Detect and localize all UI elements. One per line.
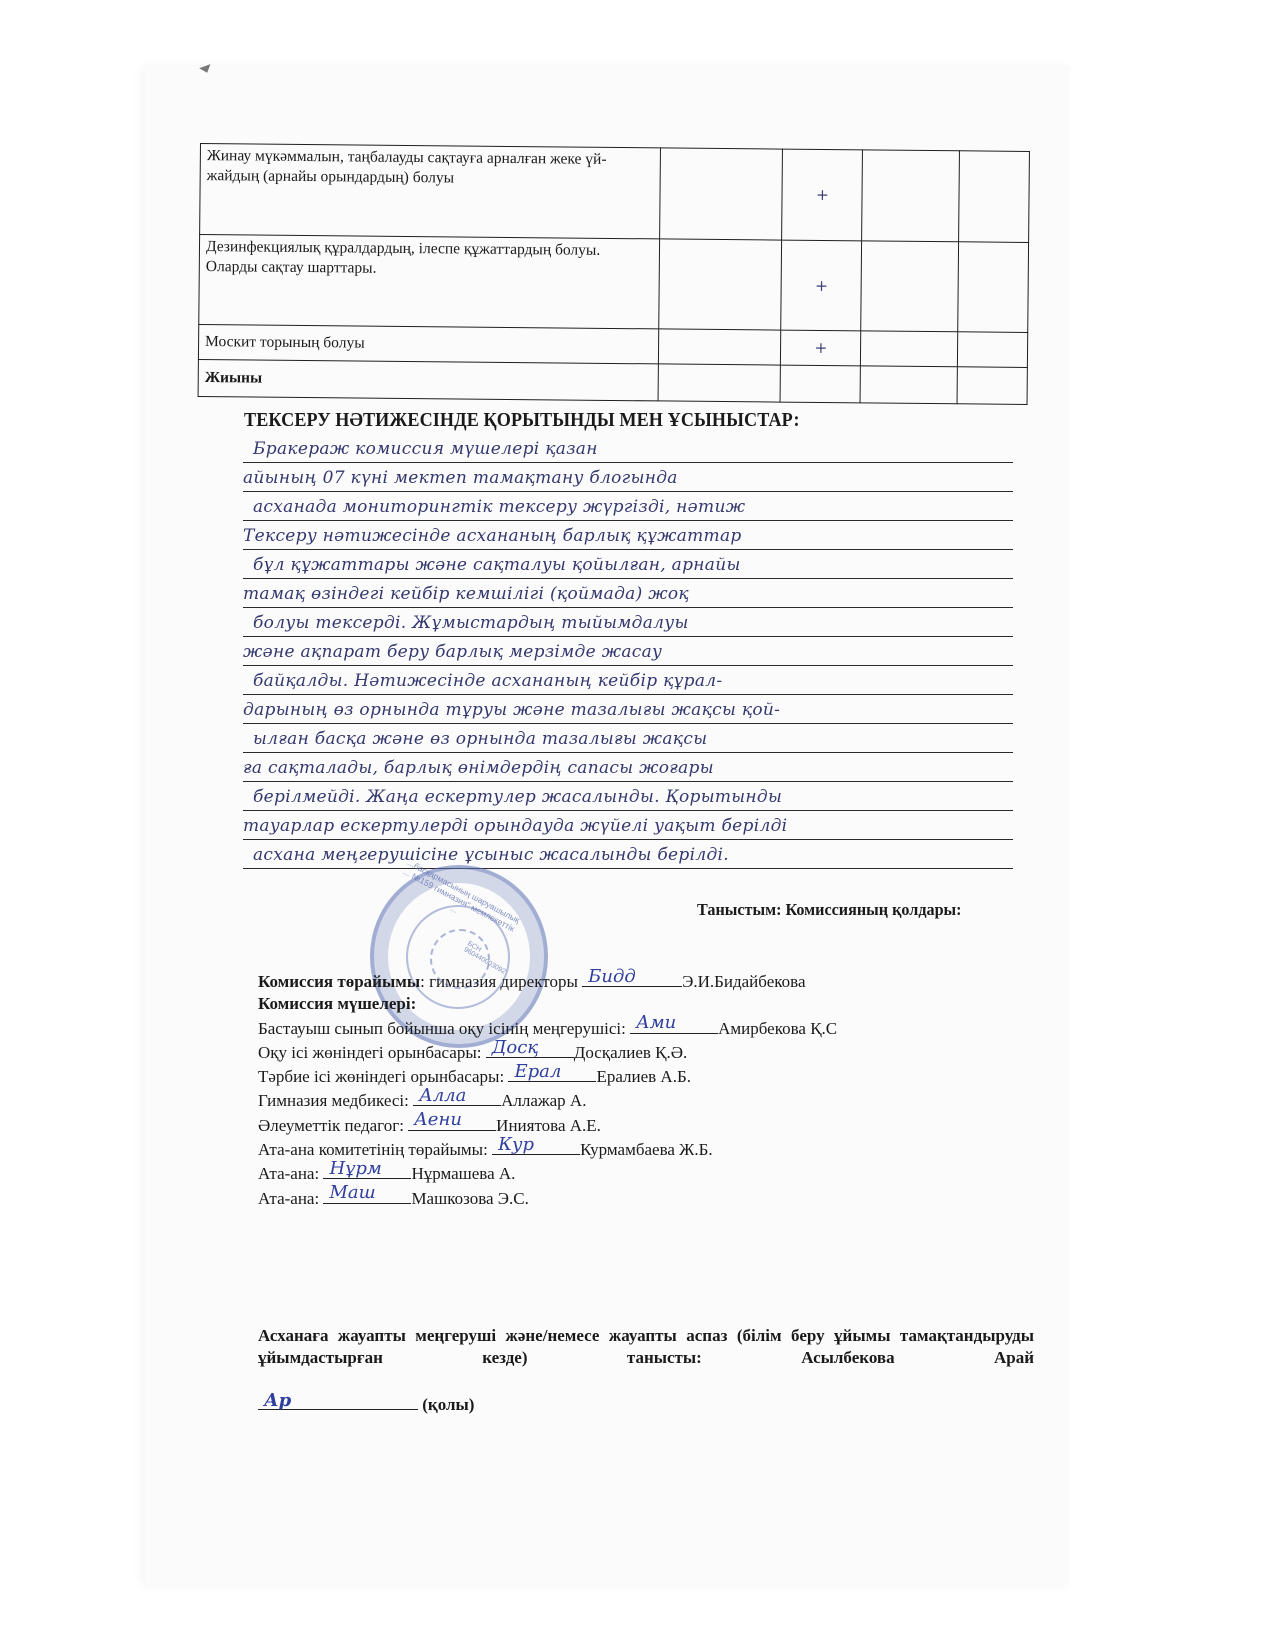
acquainted-label: Таныстым: Комиссияның қолдары: [697, 900, 962, 920]
member-role: Ата-ана: [258, 1164, 319, 1183]
signature: Бидд [588, 966, 636, 988]
handwritten-line: Бракераж комиссия мүшелері қазан [243, 434, 1013, 463]
signature: Досқ [492, 1037, 538, 1059]
member-row: Әлеуметтік педагог: АениИниятова А.Е. [258, 1113, 837, 1137]
signature: Маш [329, 1182, 375, 1204]
signature: Нұрм [329, 1158, 381, 1180]
member-row: Гимназия медбикесі: АллаАллажар А. [258, 1088, 837, 1112]
commission-signatures: Комиссия төрайымы: гимназия директоры Би… [258, 969, 837, 1210]
mark-cell [861, 366, 958, 404]
member-name: Иниятова А.Е. [496, 1116, 601, 1135]
responsible-person-statement: Асханаға жауапты меңгеруші және/немесе ж… [258, 1325, 1034, 1369]
conclusions-title: ТЕКСЕРУ НӘТИЖЕСІНДЕ ҚОРЫТЫНДЫ МЕН ҰСЫНЫС… [244, 410, 800, 432]
criterion-cell: Дезинфекциялық құралдардың, ілеспе құжат… [199, 235, 660, 329]
responsible-signature-row: Ар (қолы) [258, 1392, 474, 1415]
member-name: Нұрмашева А. [411, 1164, 515, 1183]
handwritten-line: ға сақталады, барлық өнімдердің сапасы ж… [243, 753, 1013, 782]
member-row: Тәрбие ісі жөніндегі орынбасары: ЕралЕра… [258, 1064, 837, 1088]
handwritten-line: ылған басқа және өз орнында тазалығы жақ… [243, 724, 1013, 753]
handwritten-line: болуы тексерді. Жұмыстардың тыйымдалуы [243, 608, 1013, 637]
mark-cell: + [781, 330, 861, 366]
signature-line: Маш [323, 1186, 411, 1204]
handwritten-line: берілмейді. Жаңа ескертулер жасалынды. Қ… [243, 782, 1013, 811]
member-name: Досқалиев Қ.Ә. [574, 1043, 688, 1062]
signature: Ар [264, 1390, 291, 1411]
signature: Кур [498, 1134, 534, 1156]
signature-label: (қолы) [422, 1395, 474, 1414]
member-role: Тәрбие ісі жөніндегі орынбасары: [258, 1067, 504, 1086]
signature-line: Ар [258, 1392, 418, 1410]
table-row-total: Жиыны [198, 359, 1027, 404]
chair-role: Комиссия төрайымы [258, 972, 420, 991]
mark-cell [958, 242, 1029, 333]
member-role: Бастауыш сынып бойынша оқу ісінің меңгер… [258, 1019, 626, 1038]
member-role: Оқу ісі жөніндегі орынбасары: [258, 1043, 482, 1062]
member-row: Бастауыш сынып бойынша оқу ісінің меңгер… [258, 1016, 837, 1040]
signature: Аени [414, 1109, 462, 1131]
mark-cell [658, 364, 781, 402]
mark-cell: + [781, 240, 862, 331]
handwritten-line: асхана меңгерушісіне ұсыныс жасалынды бе… [243, 840, 1013, 869]
mark-cell [959, 151, 1030, 243]
member-role: Ата-ана комитетінің төрайымы: [258, 1140, 488, 1159]
signature-line: Ерал [508, 1064, 596, 1082]
signature-line: Кур [492, 1137, 580, 1155]
member-name: Курмамбаева Ж.Б. [580, 1140, 713, 1159]
handwritten-line: асханада мониторингтік тексеру жүргізді,… [243, 492, 1013, 521]
mark-cell [660, 148, 783, 240]
criterion-cell: Москит торының болуы [198, 324, 659, 363]
mark-cell [862, 150, 959, 242]
handwritten-line: бұл құжаттары және сақталуы қойылған, ар… [243, 550, 1013, 579]
signature-line: Нұрм [323, 1161, 411, 1179]
members-heading: Комиссия мүшелері: [258, 993, 837, 1015]
member-name: Ералиев А.Б. [596, 1067, 691, 1086]
signature-line: Алла [413, 1088, 501, 1106]
checklist-table: Жинау мүкәммалын, таңбалауды сақтауға ар… [198, 143, 1030, 405]
mark-cell [957, 367, 1027, 405]
signature-line: Бидд [582, 969, 682, 987]
member-row: Ата-ана: МашМашкозова Э.С. [258, 1186, 837, 1210]
signature-line: Аени [408, 1113, 496, 1131]
handwritten-conclusions: Бракераж комиссия мүшелері қазан айының … [243, 434, 1013, 869]
signature: Ами [636, 1012, 676, 1034]
handwritten-line: Тексеру нәтижесінде асхананың барлық құж… [243, 521, 1013, 550]
signature: Ерал [514, 1061, 561, 1083]
handwritten-line: дарының өз орнында тұруы және тазалығы ж… [243, 695, 1013, 724]
handwritten-line: айының 07 күні мектеп тамақтану блогында [243, 463, 1013, 492]
chair-row: Комиссия төрайымы: гимназия директоры Би… [258, 969, 837, 993]
member-name: Машкозова Э.С. [411, 1189, 528, 1208]
mark-cell [957, 332, 1027, 368]
member-role: Ата-ана: [258, 1189, 319, 1208]
handwritten-line: тамақ өзіндегі кейбір кемшілігі (қоймада… [243, 579, 1013, 608]
member-role: Гимназия медбикесі: [258, 1091, 409, 1110]
signature: Алла [419, 1085, 466, 1107]
signature-line: Досқ [486, 1040, 574, 1058]
table-row: Дезинфекциялық құралдардың, ілеспе құжат… [199, 235, 1029, 333]
table-row: Жинау мүкәммалын, таңбалауды сақтауға ар… [200, 144, 1030, 243]
mark-cell [659, 329, 781, 365]
member-name: Аллажар А. [501, 1091, 586, 1110]
total-label: Жиыны [198, 359, 659, 400]
chair-name: Э.И.Бидайбекова [682, 972, 805, 991]
handwritten-line: және ақпарат беру барлық мерзімде жасау [243, 637, 1013, 666]
mark-cell [861, 331, 958, 367]
member-name: Амирбекова Қ.С [718, 1019, 837, 1038]
member-role: Әлеуметтік педагог: [258, 1116, 404, 1135]
mark-cell: + [782, 149, 863, 241]
mark-cell [780, 365, 860, 403]
signature-line: Ами [630, 1016, 718, 1034]
handwritten-line: байқалды. Нәтижесінде асхананың кейбір қ… [243, 666, 1013, 695]
chair-role-detail: : гимназия директоры [420, 972, 578, 991]
handwritten-line: тауарлар ескертулерді орындауда жүйелі у… [243, 811, 1013, 840]
criterion-cell: Жинау мүкәммалын, таңбалауды сақтауға ар… [200, 144, 661, 239]
mark-cell [861, 241, 958, 332]
mark-cell [659, 239, 782, 330]
